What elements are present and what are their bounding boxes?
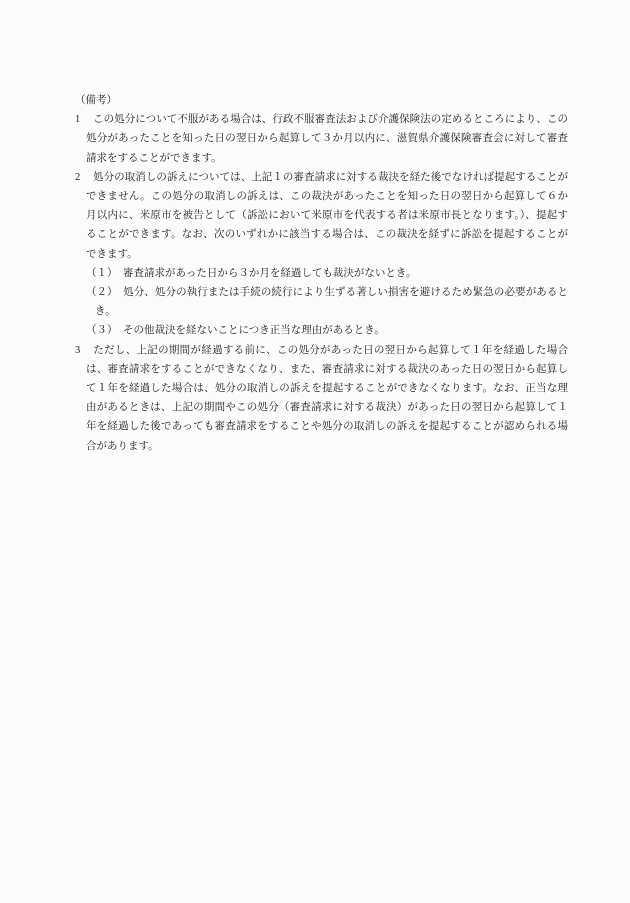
item-1-number: 1 <box>75 110 93 129</box>
item-3-number: 3 <box>75 341 93 360</box>
remarks-heading: （備考） <box>75 91 568 110</box>
remarks-item-3: 3ただし、上記の期間が経過する前に、この処分があった日の翌日から起算して１年を経… <box>86 341 568 456</box>
item-2-number: 2 <box>75 168 93 187</box>
sub-2-text: 処分、処分の執行または手続の続行により生ずる著しい損害を避けるため緊急の必要があ… <box>95 287 568 317</box>
sub-3-text: その他裁決を経ないことにつき正当な理由があるとき。 <box>123 325 385 336</box>
document-page: （備考） 1この処分について不服がある場合は、行政不服審査法および介護保険法の定… <box>0 0 630 903</box>
remarks-item-2-block: 2処分の取消しの訴えについては、上記１の審査請求に対する裁決を経た後でなければ提… <box>75 168 568 341</box>
item-3-text: ただし、上記の期間が経過する前に、この処分があった日の翌日から起算して１年を経過… <box>86 345 568 452</box>
item-1-text: この処分について不服がある場合は、行政不服審査法および介護保険法の定めるところに… <box>86 114 568 163</box>
sub-2-label: （２） <box>86 283 123 302</box>
sub-1-text: 審査請求があった日から３か月を経過しても裁決がないとき。 <box>123 268 416 279</box>
remarks-item-2: 2処分の取消しの訴えについては、上記１の審査請求に対する裁決を経た後でなければ提… <box>86 168 568 264</box>
sub-1-label: （１） <box>86 264 123 283</box>
item-2-text: 処分の取消しの訴えについては、上記１の審査請求に対する裁決を経た後でなければ提起… <box>86 172 568 260</box>
sub-3-label: （３） <box>86 321 123 340</box>
remarks-item-2-sub-3: （３）その他裁決を経ないことにつき正当な理由があるとき。 <box>95 321 568 340</box>
remarks-item-1: 1この処分について不服がある場合は、行政不服審査法および介護保険法の定めるところ… <box>86 110 568 168</box>
remarks-item-2-sub-1: （１）審査請求があった日から３か月を経過しても裁決がないとき。 <box>95 264 568 283</box>
remarks-item-2-sub-2: （２）処分、処分の執行または手続の続行により生ずる著しい損害を避けるため緊急の必… <box>95 283 568 321</box>
